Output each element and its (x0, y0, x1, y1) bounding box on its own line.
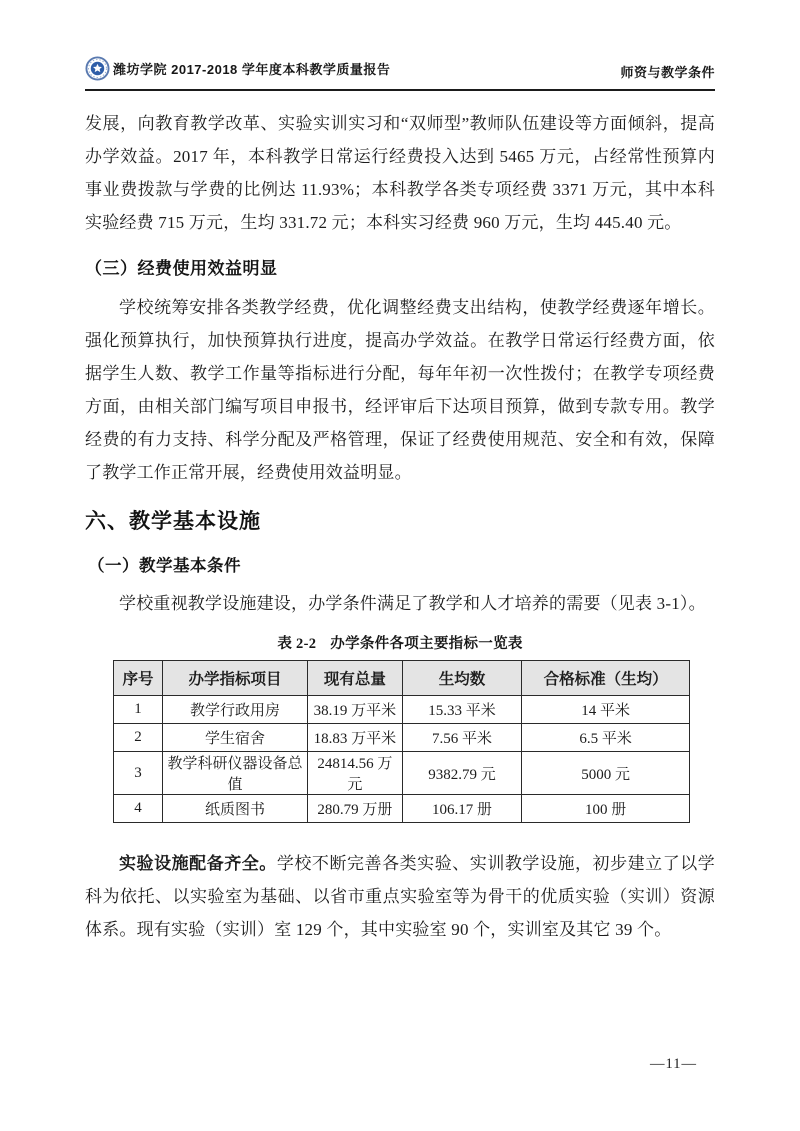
col-header-indicator: 办学指标项目 (162, 661, 307, 696)
paragraph-lab-facilities: 实验设施配备齐全。学校不断完善各类实验、实训教学设施，初步建立了以学科为依托、以… (85, 847, 715, 946)
cell-per-student: 9382.79 元 (402, 752, 522, 795)
cell-total: 18.83 万平米 (308, 724, 402, 752)
cell-index: 2 (114, 724, 163, 752)
indicators-table: 序号 办学指标项目 现有总量 生均数 合格标准（生均） 1 教学行政用房 38.… (113, 660, 690, 823)
table-row: 2 学生宿舍 18.83 万平米 7.56 平米 6.5 平米 (114, 724, 690, 752)
cell-standard: 5000 元 (522, 752, 690, 795)
paragraph-lead-bold: 实验设施配备齐全。 (119, 854, 277, 873)
page-number: —11— (650, 1056, 697, 1072)
cell-indicator: 教学科研仪器设备总值 (162, 752, 307, 795)
cell-index: 1 (114, 696, 163, 724)
table-row: 3 教学科研仪器设备总值 24814.56 万元 9382.79 元 5000 … (114, 752, 690, 795)
cell-indicator: 学生宿舍 (162, 724, 307, 752)
col-header-index: 序号 (114, 661, 163, 696)
cell-per-student: 106.17 册 (402, 795, 522, 823)
cell-total: 38.19 万平米 (308, 696, 402, 724)
col-header-standard: 合格标准（生均） (522, 661, 690, 696)
col-header-total: 现有总量 (308, 661, 402, 696)
page-footer: —11— (85, 1056, 715, 1073)
col-header-per-student: 生均数 (402, 661, 522, 696)
header-report-title: 潍坊学院 2017-2018 学年度本科教学质量报告 (113, 59, 390, 78)
cell-standard: 6.5 平米 (522, 724, 690, 752)
heading-chapter-6: 六、教学基本设施 (85, 505, 715, 535)
cell-standard: 14 平米 (522, 696, 690, 724)
header-left: 潍坊学院 2017-2018 学年度本科教学质量报告 (85, 56, 390, 81)
table-row: 1 教学行政用房 38.19 万平米 15.33 平米 14 平米 (114, 696, 690, 724)
cell-index: 4 (114, 795, 163, 823)
table-header-row: 序号 办学指标项目 现有总量 生均数 合格标准（生均） (114, 661, 690, 696)
table-caption-title: 办学条件各项主要指标一览表 (330, 636, 522, 652)
cell-per-student: 15.33 平米 (402, 696, 522, 724)
table-caption-label: 表 2-2 (277, 636, 316, 652)
cell-indicator: 纸质图书 (162, 795, 307, 823)
page-header: 潍坊学院 2017-2018 学年度本科教学质量报告 师资与教学条件 (85, 56, 715, 91)
school-emblem-icon (85, 56, 110, 81)
heading-section-3: （三）经费使用效益明显 (85, 254, 715, 279)
cell-total: 280.79 万册 (308, 795, 402, 823)
cell-indicator: 教学行政用房 (162, 696, 307, 724)
header-section-title: 师资与教学条件 (620, 62, 715, 81)
paragraph-budget-management: 学校统筹安排各类教学经费，优化调整经费支出结构，使教学经费逐年增长。强化预算执行… (85, 291, 715, 489)
cell-standard: 100 册 (522, 795, 690, 823)
cell-total: 24814.56 万元 (308, 752, 402, 795)
paragraph-teaching-conditions: 学校重视教学设施建设，办学条件满足了教学和人才培养的需要（见表 3-1）。 (85, 587, 715, 620)
heading-section-1: （一）教学基本条件 (88, 552, 715, 576)
document-page: 潍坊学院 2017-2018 学年度本科教学质量报告 师资与教学条件 发展，向教… (0, 0, 800, 1131)
paragraph-funding-continuation: 发展，向教育教学改革、实验实训实习和“双师型”教师队伍建设等方面倾斜，提高办学效… (85, 107, 715, 239)
cell-index: 3 (114, 752, 163, 795)
table-row: 4 纸质图书 280.79 万册 106.17 册 100 册 (114, 795, 690, 823)
cell-per-student: 7.56 平米 (402, 724, 522, 752)
table-caption: 表 2-2办学条件各项主要指标一览表 (85, 632, 715, 653)
